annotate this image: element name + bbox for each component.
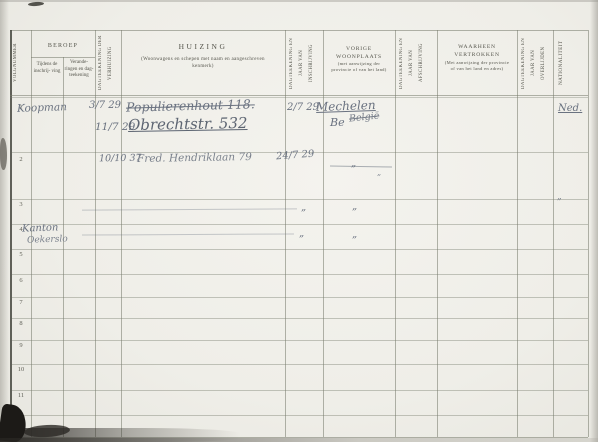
- header-divider: [10, 95, 588, 96]
- entry-dash-row2: [330, 165, 392, 167]
- scan-mark-top-left: [28, 1, 44, 6]
- row-line: [12, 274, 588, 275]
- table-bottom-border: [10, 437, 588, 438]
- entry-dash-row4: [82, 233, 294, 235]
- row-line: [12, 249, 588, 250]
- column-header-beroep: BEROEP: [31, 43, 95, 49]
- row-number: 2: [14, 156, 28, 163]
- entry-ditto-row2-woonplaats: „: [351, 158, 356, 169]
- entry-huizing-row1-street2: Obrechtstr. 532: [128, 114, 248, 134]
- row-number: 9: [14, 342, 28, 349]
- col-line: [517, 30, 518, 437]
- column-header-vorige-woonplaats-title: VORIGE WOONPLAATS: [325, 46, 393, 62]
- entry-woonplaats-row1-note: Be: [330, 116, 345, 129]
- entry-huizing-row1-date1: 3/7 29: [89, 100, 121, 111]
- row-number: 8: [14, 320, 28, 327]
- column-header-nationaliteit: NATIONALITEIT: [556, 33, 586, 93]
- column-header-waarheen-subtitle: (Met aanwijzing der provincie of van het…: [443, 60, 511, 72]
- entry-woonplaats-row1-struck: België: [349, 110, 380, 124]
- scan-edge-top: [0, 0, 598, 2]
- table-right-border: [588, 30, 589, 437]
- row-number: 10: [14, 366, 28, 373]
- entry-inschrijving-row2: 24/7 29: [276, 149, 315, 163]
- row-line: [12, 415, 588, 416]
- row-number: 5: [14, 251, 28, 258]
- row-line: [12, 297, 588, 298]
- col-line: [395, 30, 396, 437]
- entry-ditto-row4-woonplaats: „: [352, 229, 357, 240]
- row-line: [12, 318, 588, 319]
- col-line: [63, 57, 64, 437]
- column-header-dagteekening-overlijden: DAGTEEKENING EN JAAR VAN OVERLIJDEN: [519, 33, 551, 93]
- beroep-split-line: [31, 57, 95, 58]
- entry-ditto-row3-inschrijving: „: [301, 202, 306, 213]
- entry-huizing-row2-street: Fred. Hendriklaan 79: [137, 151, 252, 165]
- entry-nationaliteit-row1: Ned.: [558, 103, 582, 114]
- row-number: 12: [14, 417, 28, 424]
- column-header-huizing-subtitle: (Woonwagens en schepen met naam en aange…: [133, 57, 273, 71]
- column-header-dagteekening-verhuizing: DAGTEEKENING DER VERHUIZING: [96, 33, 120, 93]
- scanned-register-page: VOLGNUMMER BEROEP Tijdens de inschrij- v…: [0, 0, 598, 442]
- scan-edge-right: [590, 0, 598, 442]
- row-line: [12, 340, 588, 341]
- entry-huizing-row1-street1: Populierenhout 118.: [126, 96, 255, 114]
- scan-edge-bottom: [0, 438, 598, 442]
- row-number: 6: [14, 277, 28, 284]
- entry-ditto-row2-small: „: [377, 168, 381, 177]
- scan-edge-left: [0, 0, 9, 442]
- column-header-waarheen-title: WAARHEEN VERTROKKEN: [441, 44, 513, 60]
- row-number: 7: [14, 299, 28, 306]
- entry-beroep-row4-line1: Kanton: [22, 222, 59, 234]
- column-header-dagteekening-afschrijving: DAGTEEKENING EN JAAR VAN AFSCHRIJVING: [397, 33, 435, 93]
- column-header-vorige-woonplaats-subtitle: (met aanwijzing der provincie of van het…: [329, 61, 389, 73]
- row-number: 3: [14, 201, 28, 208]
- entry-huizing-row2-date: 10/10 37: [99, 153, 142, 165]
- table-top-border: [10, 30, 588, 31]
- col-line: [323, 30, 324, 437]
- scan-smear-bottom: [0, 428, 240, 442]
- column-header-dagteekening-inschrijving: DAGTEEKENING EN JAAR VAN INSCHRIJVING: [287, 33, 321, 93]
- col-line: [553, 30, 554, 437]
- entry-ditto-row4-inschrijving: „: [299, 228, 304, 239]
- entry-ditto-row3-woonplaats: „: [352, 201, 357, 212]
- row-line: [12, 199, 588, 200]
- entry-beroep-row1: Koopman: [17, 101, 67, 115]
- entry-inschrijving-row1: 2/7 29: [287, 102, 319, 113]
- row-line: [12, 224, 588, 225]
- col-line: [437, 30, 438, 437]
- entry-dash-row3: [82, 208, 297, 210]
- row-number: 11: [14, 392, 28, 399]
- column-header-volgnummer: VOLGNUMMER: [11, 33, 31, 93]
- row-line: [12, 390, 588, 391]
- column-header-beroep-tijdens: Tijdens de inschrij- ving: [33, 62, 61, 75]
- column-header-beroep-veranderingen: Verande- ringen en dag- teekening: [64, 60, 94, 80]
- row-line: [12, 364, 588, 365]
- column-header-huizing-title: HUIZING: [121, 42, 285, 51]
- scan-tear-left: [0, 138, 7, 170]
- entry-ditto-row3-nationaliteit: „: [557, 192, 562, 202]
- entry-beroep-row4-line2: Oekerslo: [27, 234, 68, 245]
- header-divider-2: [10, 97, 588, 98]
